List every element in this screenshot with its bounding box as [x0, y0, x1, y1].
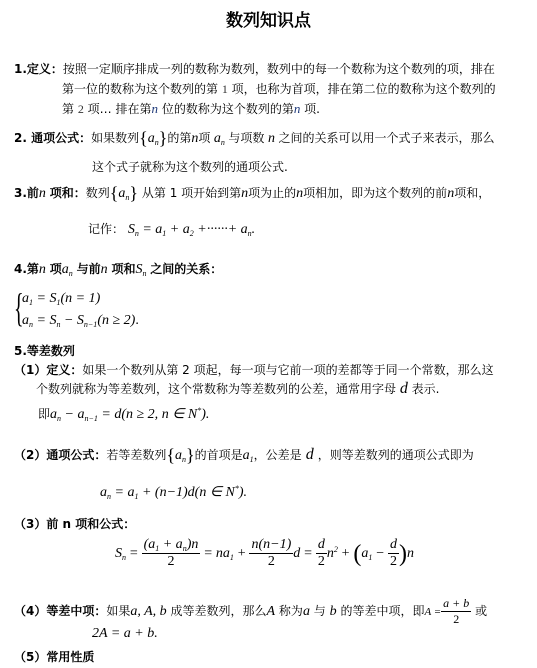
sum-formula: Sn = a1 + a2 +······+ an. [128, 222, 255, 237]
case-1: a1 = S1(n = 1) [22, 291, 100, 307]
case-2: an = Sn − Sn−1(n ≥ 2). [22, 313, 139, 329]
s5-p2-line1: （2）通项公式：若等差数列{an}的首项是a1，公差是 d ，则等差数列的通项公… [14, 445, 474, 466]
section-2-label: 2. 通项公式： [14, 131, 91, 145]
section-3-line1: 3.前n 项和：数列{an} 从第 1 项开始到第n项为止的n项相加，即为这个数… [14, 183, 490, 204]
s5-p5-label: （5）常用性质 [14, 648, 94, 665]
section-4-heading: 4.第n 项an 与前n 项和Sn 之间的关系： [14, 260, 222, 278]
section-1-label: 1.定义： [14, 62, 63, 76]
section-1-line3: 第 2 项… 排在第n 位的数称为这个数列的第n 项. [62, 100, 320, 117]
s5-p1-line3: 即an − an−1 = d(n ≥ 2, n ∈ N*). [38, 405, 209, 423]
section-5-heading: 5.等差数列 [14, 342, 75, 359]
s5-p1-line1: （1）定义：如果一个数列从第 2 项起，每一项与它前一项的差都等于同一个常数，那… [14, 361, 494, 378]
section-2-line1: 2. 通项公式：如果数列{an}的第n项 an 与项数 n 之间的关系可以用一个… [14, 128, 494, 149]
s5-p4-line1: （4）等差中项：如果a, A, b 成等差数列，那么A 称为a 与 b 的等差中… [14, 596, 487, 627]
math-seq-an: {an} [139, 131, 167, 146]
s5-p4-line2: 2A = a + b. [92, 626, 158, 642]
s5-p3-label: （3）前 n 项和公式： [14, 515, 135, 532]
s5-p2-formula: an = a1 + (n−1)d(n ∈ N*). [100, 484, 247, 501]
section-2-line2: 这个式子就称为这个数列的通项公式. [92, 158, 288, 175]
section-3-line2: 记作： Sn = a1 + a2 +······+ an. [88, 220, 255, 238]
s5-p3-formula: Sn = (a1 + an)n2 = na1 + n(n−1)2d = d2n2… [115, 537, 414, 570]
section-1-line1: 1.定义：按照一定顺序排成一列的数称为数列，数列中的每一个数称为这个数列的项，排… [14, 60, 495, 77]
section-1-line2: 第一位的数称为这个数列的第 1 项，也称为首项，排在第二位的数称为这个数列的 [62, 80, 496, 97]
page-title: 数列知识点 [0, 6, 537, 31]
s5-p1-line2: 个数列就称为等差数列，这个常数称为等差数列的公差，通常用字母 d 表示. [36, 380, 440, 398]
